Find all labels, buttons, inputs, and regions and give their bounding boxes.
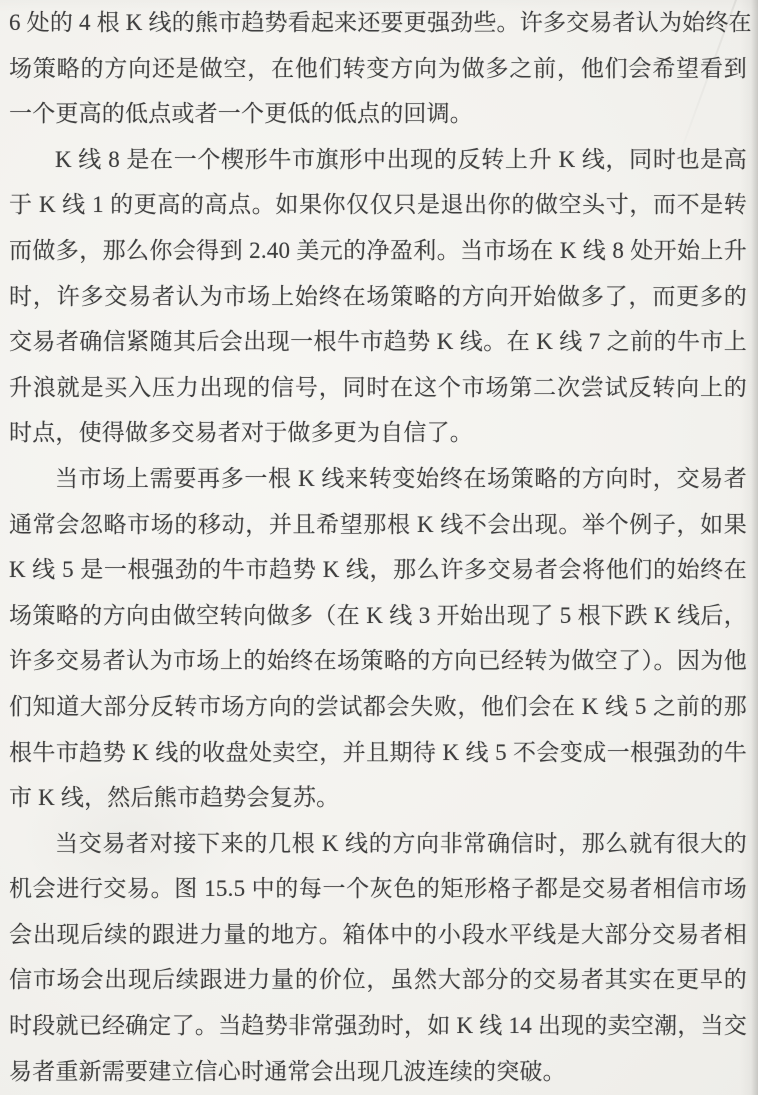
text-line: 易者重新需要建立信心时通常会出现几波连续的突破。: [9, 1049, 747, 1095]
book-page: 6 处的 4 根 K 线的熊市趋势看起来还要更强劲些。许多交易者认为始终在场策略…: [0, 0, 758, 1095]
paragraph: 当市场上需要再多一根 K 线来转变始终在场策略的方向时，交易者通常会忽略市场的移…: [9, 456, 747, 821]
text-line: K 线 8 是在一个楔形牛市旗形中出现的反转上升 K 线，同时也是高: [9, 137, 747, 183]
text-line: 时段就已经确定了。当趋势非常强劲时，如 K 线 14 出现的卖空潮，当交: [9, 1003, 747, 1049]
text-line: 场策略的方向由做空转向做多（在 K 线 3 开始出现了 5 根下跌 K 线后，: [9, 593, 747, 639]
text-line: 6 处的 4 根 K 线的熊市趋势看起来还要更强劲些。许多交易者认为始终在: [9, 0, 747, 46]
text-line: 场策略的方向还是做空，在他们转变方向为做多之前，他们会希望看到: [9, 46, 747, 92]
text-line: K 线 5 是一根强劲的牛市趋势 K 线，那么许多交易者会将他们的始终在: [9, 547, 747, 593]
text-line: 时，许多交易者认为市场上始终在场策略的方向开始做多了，而更多的: [9, 274, 747, 320]
page-text: 6 处的 4 根 K 线的熊市趋势看起来还要更强劲些。许多交易者认为始终在场策略…: [9, 0, 747, 1094]
paragraph: 6 处的 4 根 K 线的熊市趋势看起来还要更强劲些。许多交易者认为始终在场策略…: [9, 0, 747, 137]
text-line: 们知道大部分反转市场方向的尝试都会失败，他们会在 K 线 5 之前的那: [9, 684, 747, 730]
text-line: 市 K 线，然后熊市趋势会复苏。: [9, 775, 747, 821]
text-line: 根牛市趋势 K 线的收盘处卖空，并且期待 K 线 5 不会变成一根强劲的牛: [9, 730, 747, 776]
text-line: 许多交易者认为市场上的始终在场策略的方向已经转为做空了）。因为他: [9, 638, 747, 684]
text-line: 而做多，那么你会得到 2.40 美元的净盈利。当市场在 K 线 8 处开始上升: [9, 228, 747, 274]
paragraph: K 线 8 是在一个楔形牛市旗形中出现的反转上升 K 线，同时也是高于 K 线 …: [9, 137, 747, 456]
text-line: 信市场会出现后续跟进力量的价位，虽然大部分的交易者其实在更早的: [9, 957, 747, 1003]
text-line: 交易者确信紧随其后会出现一根牛市趋势 K 线。在 K 线 7 之前的牛市上: [9, 319, 747, 365]
text-line: 机会进行交易。图 15.5 中的每一个灰色的矩形格子都是交易者相信市场: [9, 866, 747, 912]
text-line: 于 K 线 1 的更高的高点。如果你仅仅只是退出你的做空头寸，而不是转: [9, 182, 747, 228]
text-line: 会出现后续的跟进力量的地方。箱体中的小段水平线是大部分交易者相: [9, 912, 747, 958]
text-line: 时点，使得做多交易者对于做多更为自信了。: [9, 410, 747, 456]
text-line: 升浪就是买入压力出现的信号，同时在这个市场第二次尝试反转向上的: [9, 365, 747, 411]
text-line: 通常会忽略市场的移动，并且希望那根 K 线不会出现。举个例子，如果: [9, 502, 747, 548]
text-line: 一个更高的低点或者一个更低的低点的回调。: [9, 91, 747, 137]
paragraph: 当交易者对接下来的几根 K 线的方向非常确信时，那么就有很大的机会进行交易。图 …: [9, 821, 747, 1095]
text-line: 当市场上需要再多一根 K 线来转变始终在场策略的方向时，交易者: [9, 456, 747, 502]
text-line: 当交易者对接下来的几根 K 线的方向非常确信时，那么就有很大的: [9, 821, 747, 867]
